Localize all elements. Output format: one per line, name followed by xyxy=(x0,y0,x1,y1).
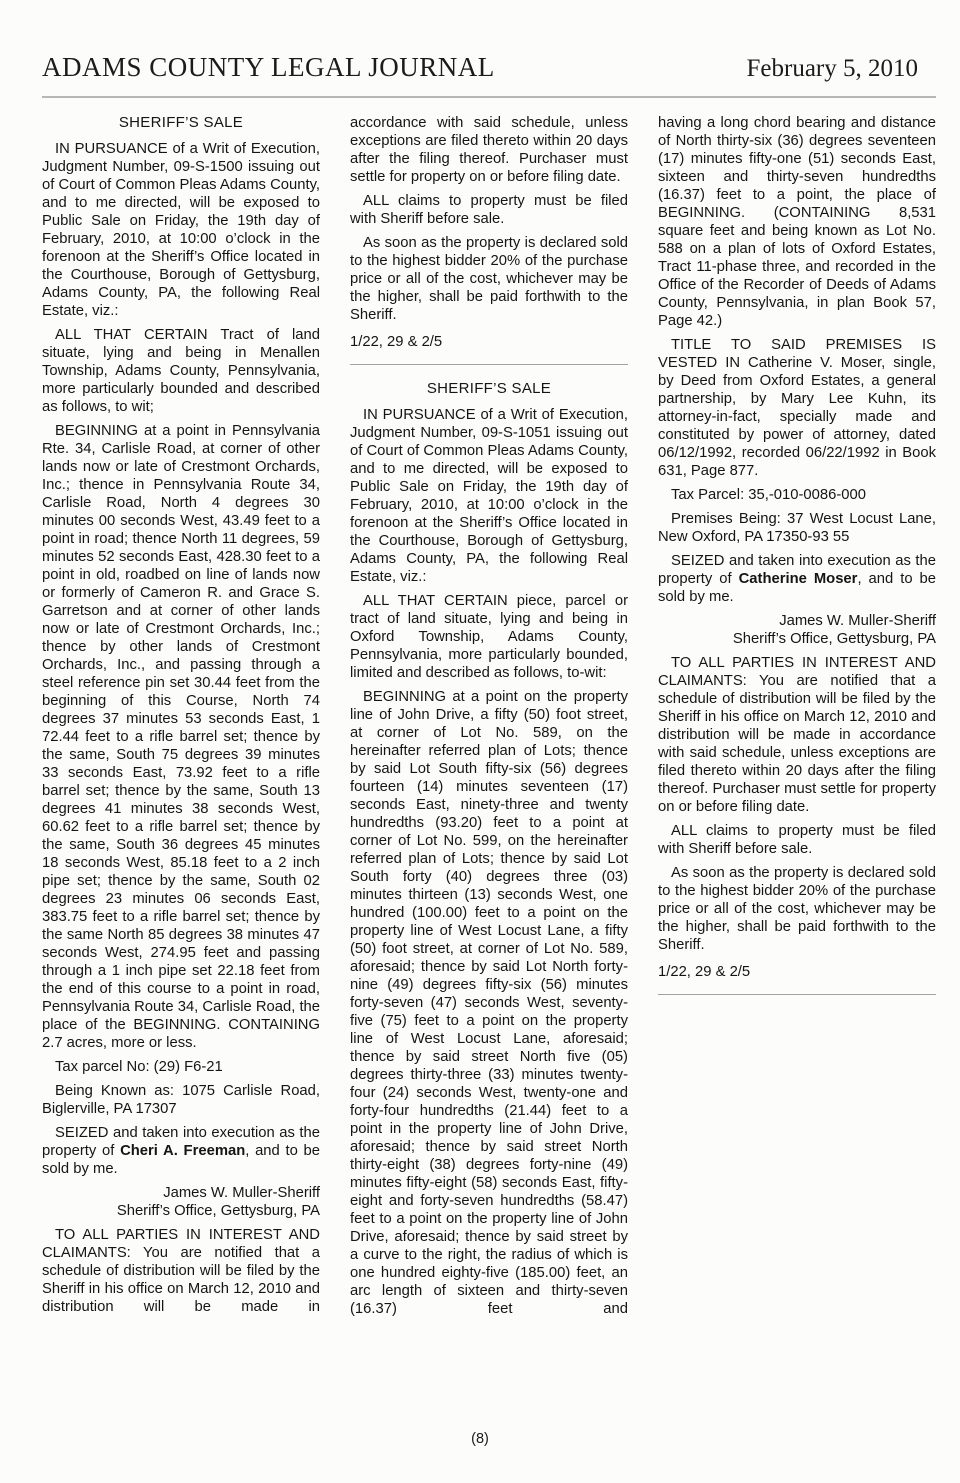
notice2-title-vested-paragraph: TITLE TO SAID PREMISES IS VESTED IN Cath… xyxy=(658,336,936,480)
notice2-beginning-paragraph-part2: having a long chord bearing and distance… xyxy=(658,114,936,330)
notice1-signature-block: James W. Muller-Sheriff Sheriff’s Office… xyxy=(42,1184,320,1220)
notice2-tax-parcel: Tax Parcel: 35,-010-0086-000 xyxy=(658,486,936,504)
page-number: (8) xyxy=(471,1431,489,1447)
notice2-beginning-paragraph-part1: BEGINNING at a point on the property lin… xyxy=(350,688,628,1318)
column-1: SHERIFF’S SALE IN PURSUANCE of a Writ of… xyxy=(42,114,320,1324)
defendant-name: Cheri A. Freeman xyxy=(120,1143,245,1159)
notice1-tract-paragraph: ALL THAT CERTAIN Tract of land situate, … xyxy=(42,326,320,416)
issue-date: February 5, 2010 xyxy=(747,55,919,83)
journal-title: ADAMS COUNTY LEGAL JOURNAL xyxy=(42,52,495,83)
notice2-premises-paragraph: Premises Being: 37 West Locust Lane, New… xyxy=(658,510,936,546)
notice1-parties-paragraph-part1: TO ALL PARTIES IN INTEREST AND CLAIMANTS… xyxy=(42,1226,320,1316)
notice1-claims-paragraph: ALL claims to property must be filed wit… xyxy=(350,192,628,228)
notice2-tract-paragraph: ALL THAT CERTAIN piece, parcel or tract … xyxy=(350,592,628,682)
defendant-name: Catherine Moser xyxy=(739,571,858,587)
sheriff-name: James W. Muller-Sheriff xyxy=(658,612,936,630)
notice1-heading: SHERIFF’S SALE xyxy=(42,114,320,132)
notice2-signature-block: James W. Muller-Sheriff Sheriff’s Office… xyxy=(658,612,936,648)
notice2-pursuance-paragraph: IN PURSUANCE of a Writ of Execution, Jud… xyxy=(350,406,628,586)
page-footer: (8) xyxy=(0,1431,960,1447)
notice2-run-dates: 1/22, 29 & 2/5 xyxy=(658,963,936,981)
column-2: accordance with said schedule, unless ex… xyxy=(350,114,628,1324)
notice1-bidder-paragraph: As soon as the property is declared sold… xyxy=(350,234,628,324)
notice2-seized-paragraph: SEIZED and taken into execution as the p… xyxy=(658,552,936,606)
notice1-tax-parcel: Tax parcel No: (29) F6-21 xyxy=(42,1058,320,1076)
sheriff-office: Sheriff’s Office, Gettysburg, PA xyxy=(42,1202,320,1220)
notice-divider xyxy=(658,994,936,995)
notice1-seized-paragraph: SEIZED and taken into execution as the p… xyxy=(42,1124,320,1178)
column-3: having a long chord bearing and distance… xyxy=(658,114,936,1324)
notice-divider xyxy=(350,364,628,365)
sheriff-office: Sheriff’s Office, Gettysburg, PA xyxy=(658,630,936,648)
notice1-beginning-paragraph: BEGINNING at a point in Pennsylvania Rte… xyxy=(42,422,320,1052)
legal-journal-page: ADAMS COUNTY LEGAL JOURNAL February 5, 2… xyxy=(0,0,960,1483)
notice1-being-known: Being Known as: 1075 Carlisle Road, Bigl… xyxy=(42,1082,320,1118)
notice2-heading: SHERIFF’S SALE xyxy=(350,380,628,398)
notice1-parties-paragraph-part2: accordance with said schedule, unless ex… xyxy=(350,114,628,186)
sheriff-name: James W. Muller-Sheriff xyxy=(42,1184,320,1202)
article-columns: SHERIFF’S SALE IN PURSUANCE of a Writ of… xyxy=(0,98,960,1324)
notice1-pursuance-paragraph: IN PURSUANCE of a Writ of Execution, Jud… xyxy=(42,140,320,320)
masthead: ADAMS COUNTY LEGAL JOURNAL February 5, 2… xyxy=(0,0,960,83)
notice2-parties-paragraph: TO ALL PARTIES IN INTEREST AND CLAIMANTS… xyxy=(658,654,936,816)
notice2-bidder-paragraph: As soon as the property is declared sold… xyxy=(658,864,936,954)
notice1-run-dates: 1/22, 29 & 2/5 xyxy=(350,333,628,351)
notice2-claims-paragraph: ALL claims to property must be filed wit… xyxy=(658,822,936,858)
